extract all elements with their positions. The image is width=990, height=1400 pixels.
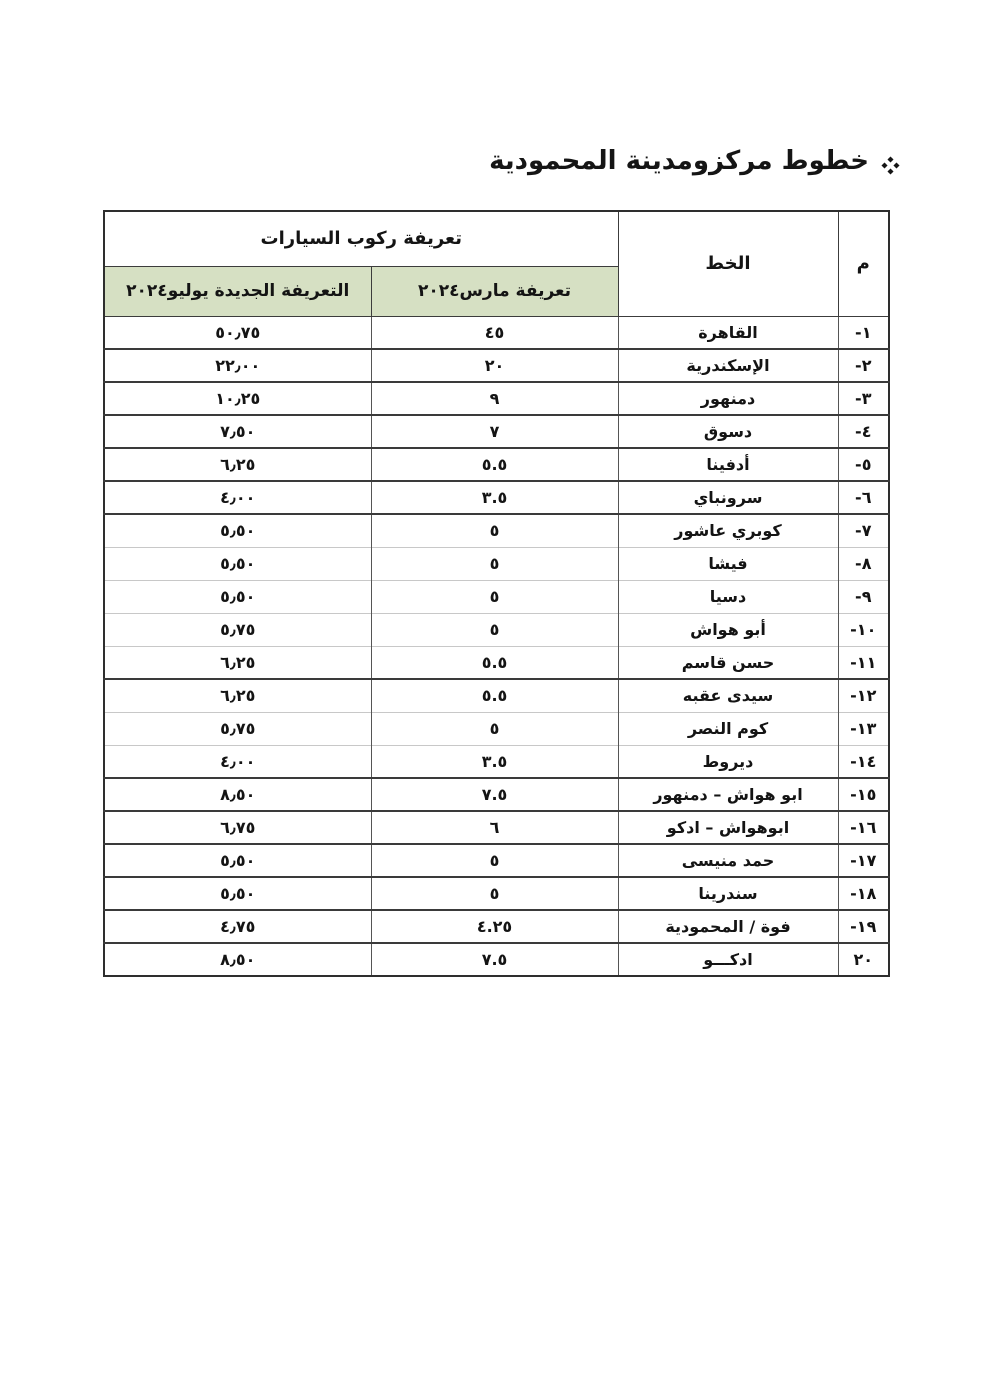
line-name: حمد منيسى (618, 844, 838, 877)
table-row: -١٧ حمد منيسى ٥ ٥٫٥٠ (104, 844, 889, 877)
header-tariff-group: تعريفة ركوب السيارات (104, 211, 618, 266)
line-name: كوبري عاشور (618, 514, 838, 547)
march-fare: ٥ (371, 613, 618, 646)
row-number: -١٦ (838, 811, 889, 844)
table-row: -١١ حسن قاسم ٥.٥ ٦٫٢٥ (104, 646, 889, 679)
row-number: -١٣ (838, 712, 889, 745)
july-fare: ٤٫٠٠ (104, 745, 371, 778)
march-fare: ٩ (371, 382, 618, 415)
line-name: دمنهور (618, 382, 838, 415)
table-row: -١٩ فوة / المحمودية ٤.٢٥ ٤٫٧٥ (104, 910, 889, 943)
table-row: -١٦ ابوهواش – ادكو ٦ ٦٫٧٥ (104, 811, 889, 844)
march-fare: ٣.٥ (371, 481, 618, 514)
row-number: -٤ (838, 415, 889, 448)
row-number: -١٧ (838, 844, 889, 877)
table-row: -٨ فيشا ٥ ٥٫٥٠ (104, 547, 889, 580)
march-fare: ٤.٢٥ (371, 910, 618, 943)
line-name: ابو هواش – دمنهور (618, 778, 838, 811)
line-name: أدفينا (618, 448, 838, 481)
table-row: -١٢ سيدى عقبه ٥.٥ ٦٫٢٥ (104, 679, 889, 712)
table-row: -٢ الإسكندرية ٢٠ ٢٢٫٠٠ (104, 349, 889, 382)
row-number: -١٩ (838, 910, 889, 943)
table-row: -١ القاهرة ٤٥ ٥٠٫٧٥ (104, 316, 889, 349)
table-row: -٧ كوبري عاشور ٥ ٥٫٥٠ (104, 514, 889, 547)
line-name: القاهرة (618, 316, 838, 349)
july-fare: ٦٫٢٥ (104, 679, 371, 712)
march-fare: ٥ (371, 844, 618, 877)
july-fare: ٦٫٢٥ (104, 646, 371, 679)
table-row: ٢٠ ادكـــو ٧.٥ ٨٫٥٠ (104, 943, 889, 976)
table-row: -٦ سرونباي ٣.٥ ٤٫٠٠ (104, 481, 889, 514)
header-line-column: الخط (618, 211, 838, 316)
line-name: سيدى عقبه (618, 679, 838, 712)
march-fare: ٥ (371, 580, 618, 613)
july-fare: ٤٫٠٠ (104, 481, 371, 514)
july-fare: ٥٫٧٥ (104, 712, 371, 745)
line-name: ادكـــو (618, 943, 838, 976)
july-fare: ٥٫٥٠ (104, 580, 371, 613)
line-name: كوم النصر (618, 712, 838, 745)
march-fare: ٢٠ (371, 349, 618, 382)
row-number: -١٠ (838, 613, 889, 646)
page-title-row: خطوط مركزومدينة المحمودية (489, 146, 900, 176)
four-diamond-bullet-icon (881, 152, 900, 171)
july-fare: ٢٢٫٠٠ (104, 349, 371, 382)
line-name: أبو هواش (618, 613, 838, 646)
march-fare: ٥ (371, 712, 618, 745)
july-fare: ٦٫٧٥ (104, 811, 371, 844)
march-fare: ٥.٥ (371, 679, 618, 712)
row-number: -٦ (838, 481, 889, 514)
row-number: -٩ (838, 580, 889, 613)
line-name: دسيا (618, 580, 838, 613)
table-row: -١٤ ديروط ٣.٥ ٤٫٠٠ (104, 745, 889, 778)
march-fare: ٧.٥ (371, 778, 618, 811)
july-fare: ٧٫٥٠ (104, 415, 371, 448)
line-name: فوة / المحمودية (618, 910, 838, 943)
july-fare: ٤٫٧٥ (104, 910, 371, 943)
table-row: -٣ دمنهور ٩ ١٠٫٢٥ (104, 382, 889, 415)
july-fare: ٥٫٧٥ (104, 613, 371, 646)
header-march-tariff: تعريفة مارس٢٠٢٤ (371, 266, 618, 316)
table-row: -١٣ كوم النصر ٥ ٥٫٧٥ (104, 712, 889, 745)
july-fare: ٥٠٫٧٥ (104, 316, 371, 349)
row-number: -٧ (838, 514, 889, 547)
table-row: -١٨ سندرينا ٥ ٥٫٥٠ (104, 877, 889, 910)
march-fare: ٧.٥ (371, 943, 618, 976)
row-number: -٣ (838, 382, 889, 415)
page-title: خطوط مركزومدينة المحمودية (489, 146, 869, 176)
line-name: حسن قاسم (618, 646, 838, 679)
table-row: -٥ أدفينا ٥.٥ ٦٫٢٥ (104, 448, 889, 481)
march-fare: ٥ (371, 877, 618, 910)
fare-table-body: -١ القاهرة ٤٥ ٥٠٫٧٥ -٢ الإسكندرية ٢٠ ٢٢٫… (104, 316, 889, 976)
line-name: فيشا (618, 547, 838, 580)
july-fare: ٨٫٥٠ (104, 943, 371, 976)
line-name: سندرينا (618, 877, 838, 910)
table-row: -٩ دسيا ٥ ٥٫٥٠ (104, 580, 889, 613)
july-fare: ١٠٫٢٥ (104, 382, 371, 415)
july-fare: ٥٫٥٠ (104, 844, 371, 877)
row-number: -١٤ (838, 745, 889, 778)
march-fare: ٥ (371, 514, 618, 547)
march-fare: ٧ (371, 415, 618, 448)
line-name: الإسكندرية (618, 349, 838, 382)
line-name: سرونباي (618, 481, 838, 514)
march-fare: ٥.٥ (371, 646, 618, 679)
row-number: ٢٠ (838, 943, 889, 976)
row-number: -١٨ (838, 877, 889, 910)
row-number: -١٢ (838, 679, 889, 712)
row-number: -١٥ (838, 778, 889, 811)
header-july-tariff: التعريفة الجديدة يوليو٢٠٢٤ (104, 266, 371, 316)
row-number: -١١ (838, 646, 889, 679)
line-name: ابوهواش – ادكو (618, 811, 838, 844)
table-row: -١٠ أبو هواش ٥ ٥٫٧٥ (104, 613, 889, 646)
line-name: دسوق (618, 415, 838, 448)
row-number: -١ (838, 316, 889, 349)
row-number: -٨ (838, 547, 889, 580)
march-fare: ٥.٥ (371, 448, 618, 481)
july-fare: ٥٫٥٠ (104, 514, 371, 547)
march-fare: ٤٥ (371, 316, 618, 349)
fare-table: م الخط تعريفة ركوب السيارات تعريفة مارس٢… (103, 210, 890, 977)
line-name: ديروط (618, 745, 838, 778)
july-fare: ٦٫٢٥ (104, 448, 371, 481)
july-fare: ٨٫٥٠ (104, 778, 371, 811)
row-number: -٢ (838, 349, 889, 382)
march-fare: ٦ (371, 811, 618, 844)
header-number-column: م (838, 211, 889, 316)
table-row: -٤ دسوق ٧ ٧٫٥٠ (104, 415, 889, 448)
july-fare: ٥٫٥٠ (104, 547, 371, 580)
march-fare: ٥ (371, 547, 618, 580)
row-number: -٥ (838, 448, 889, 481)
march-fare: ٣.٥ (371, 745, 618, 778)
table-row: -١٥ ابو هواش – دمنهور ٧.٥ ٨٫٥٠ (104, 778, 889, 811)
july-fare: ٥٫٥٠ (104, 877, 371, 910)
